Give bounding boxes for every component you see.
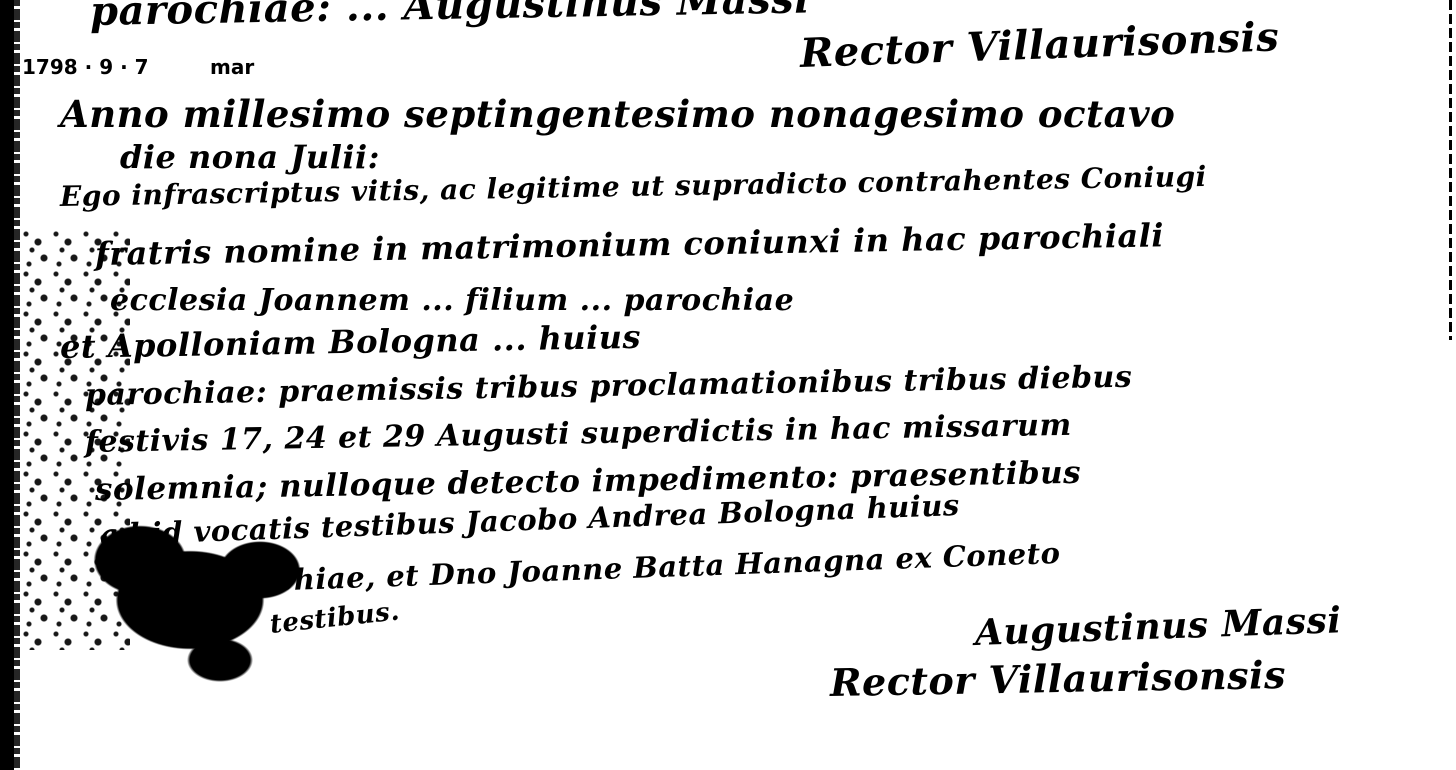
- margin-date: 1798 · 9 · 7: [22, 55, 149, 79]
- previous-entry-line-2: Rector Villaurisonsis: [799, 13, 1280, 77]
- body-line-6: et Apolloniam Bologna ... huius: [60, 318, 642, 366]
- body-line-4: fratris nomine in matrimonium coniunxi i…: [95, 216, 1165, 273]
- right-page-edge: [1449, 0, 1452, 340]
- margin-label: mar: [210, 55, 254, 79]
- previous-entry-line-1: parochiae: ... Augustinus Massi: [90, 0, 811, 35]
- signature-name: Augustinus Massi: [974, 599, 1342, 654]
- binding-edge: [0, 0, 14, 770]
- body-line-1: Anno millesimo septingentesimo nonagesim…: [60, 92, 1175, 136]
- body-line-5: ecclesia Joannem ... filium ... parochia…: [110, 283, 794, 318]
- scanned-register-page: parochiae: ... Augustinus Massi Rector V…: [0, 0, 1456, 770]
- body-line-8: festivis 17, 24 et 29 Augusti superdicti…: [85, 408, 1072, 460]
- body-line-7: parochiae: praemissis tribus proclamatio…: [85, 360, 1133, 413]
- signature-title: Rector Villaurisonsis: [830, 652, 1287, 705]
- body-line-2: die nona Julii:: [120, 138, 380, 176]
